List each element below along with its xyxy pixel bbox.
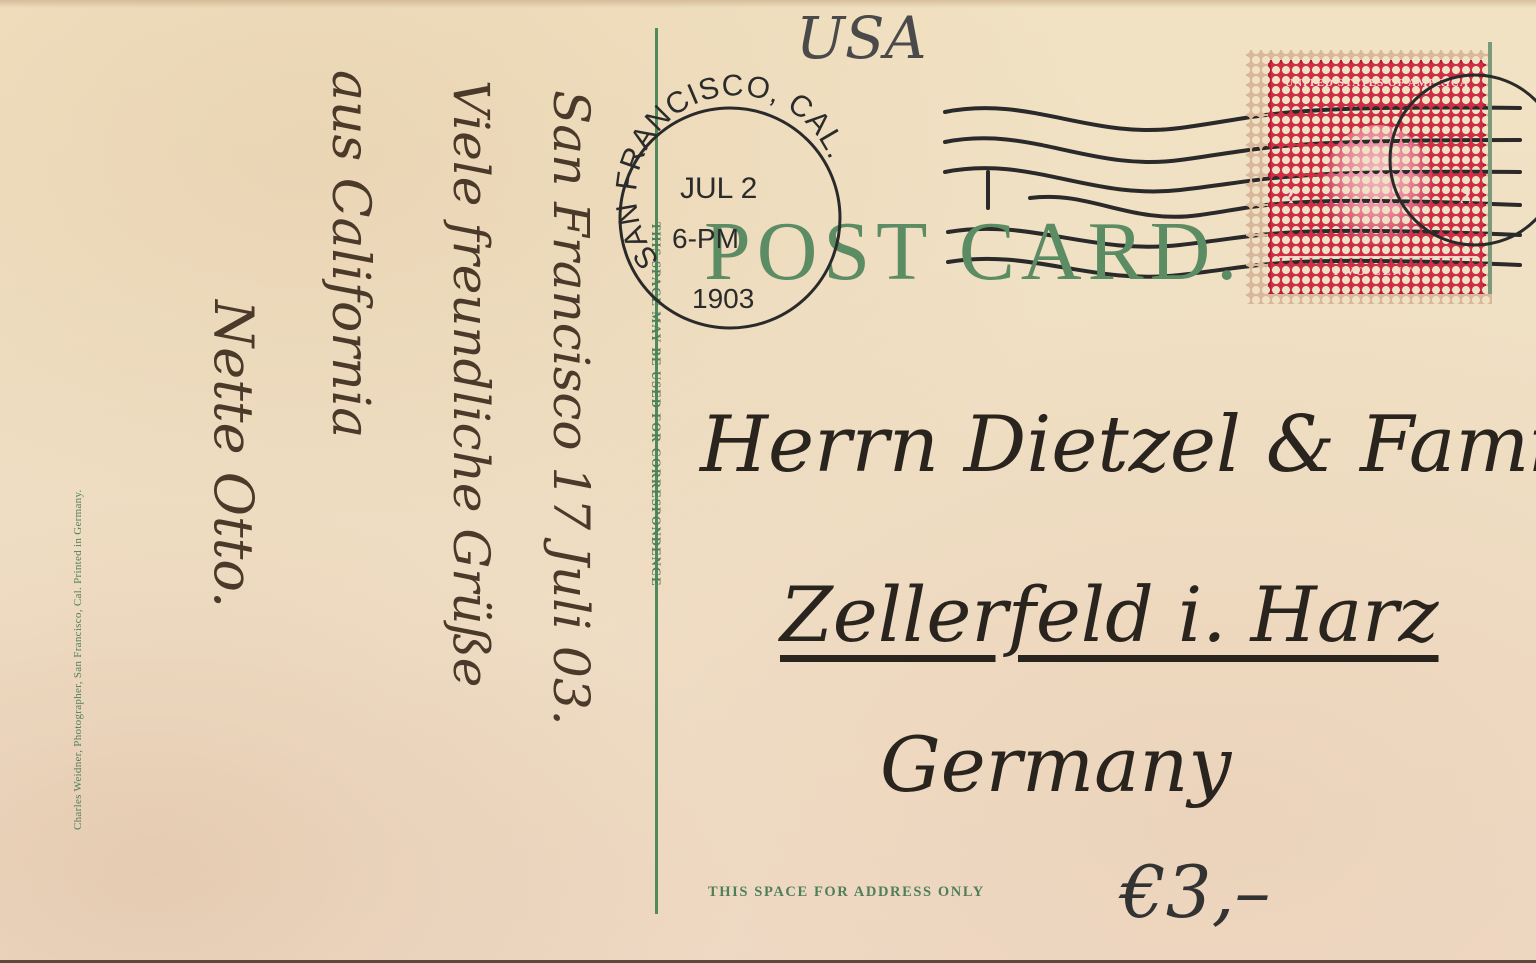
- postcard-back: Charles Weidner, Photographer, San Franc…: [0, 0, 1536, 963]
- address-line-1: Herrn Dietzel & Familie: [700, 400, 1536, 490]
- price-note: €3,–: [1120, 850, 1271, 934]
- address-line-3: Germany: [880, 720, 1231, 809]
- country-note: USA: [796, 4, 927, 72]
- address-line-2: Zellerfeld i. Harz: [780, 570, 1439, 659]
- address-label: THIS SPACE FOR ADDRESS ONLY: [708, 884, 985, 901]
